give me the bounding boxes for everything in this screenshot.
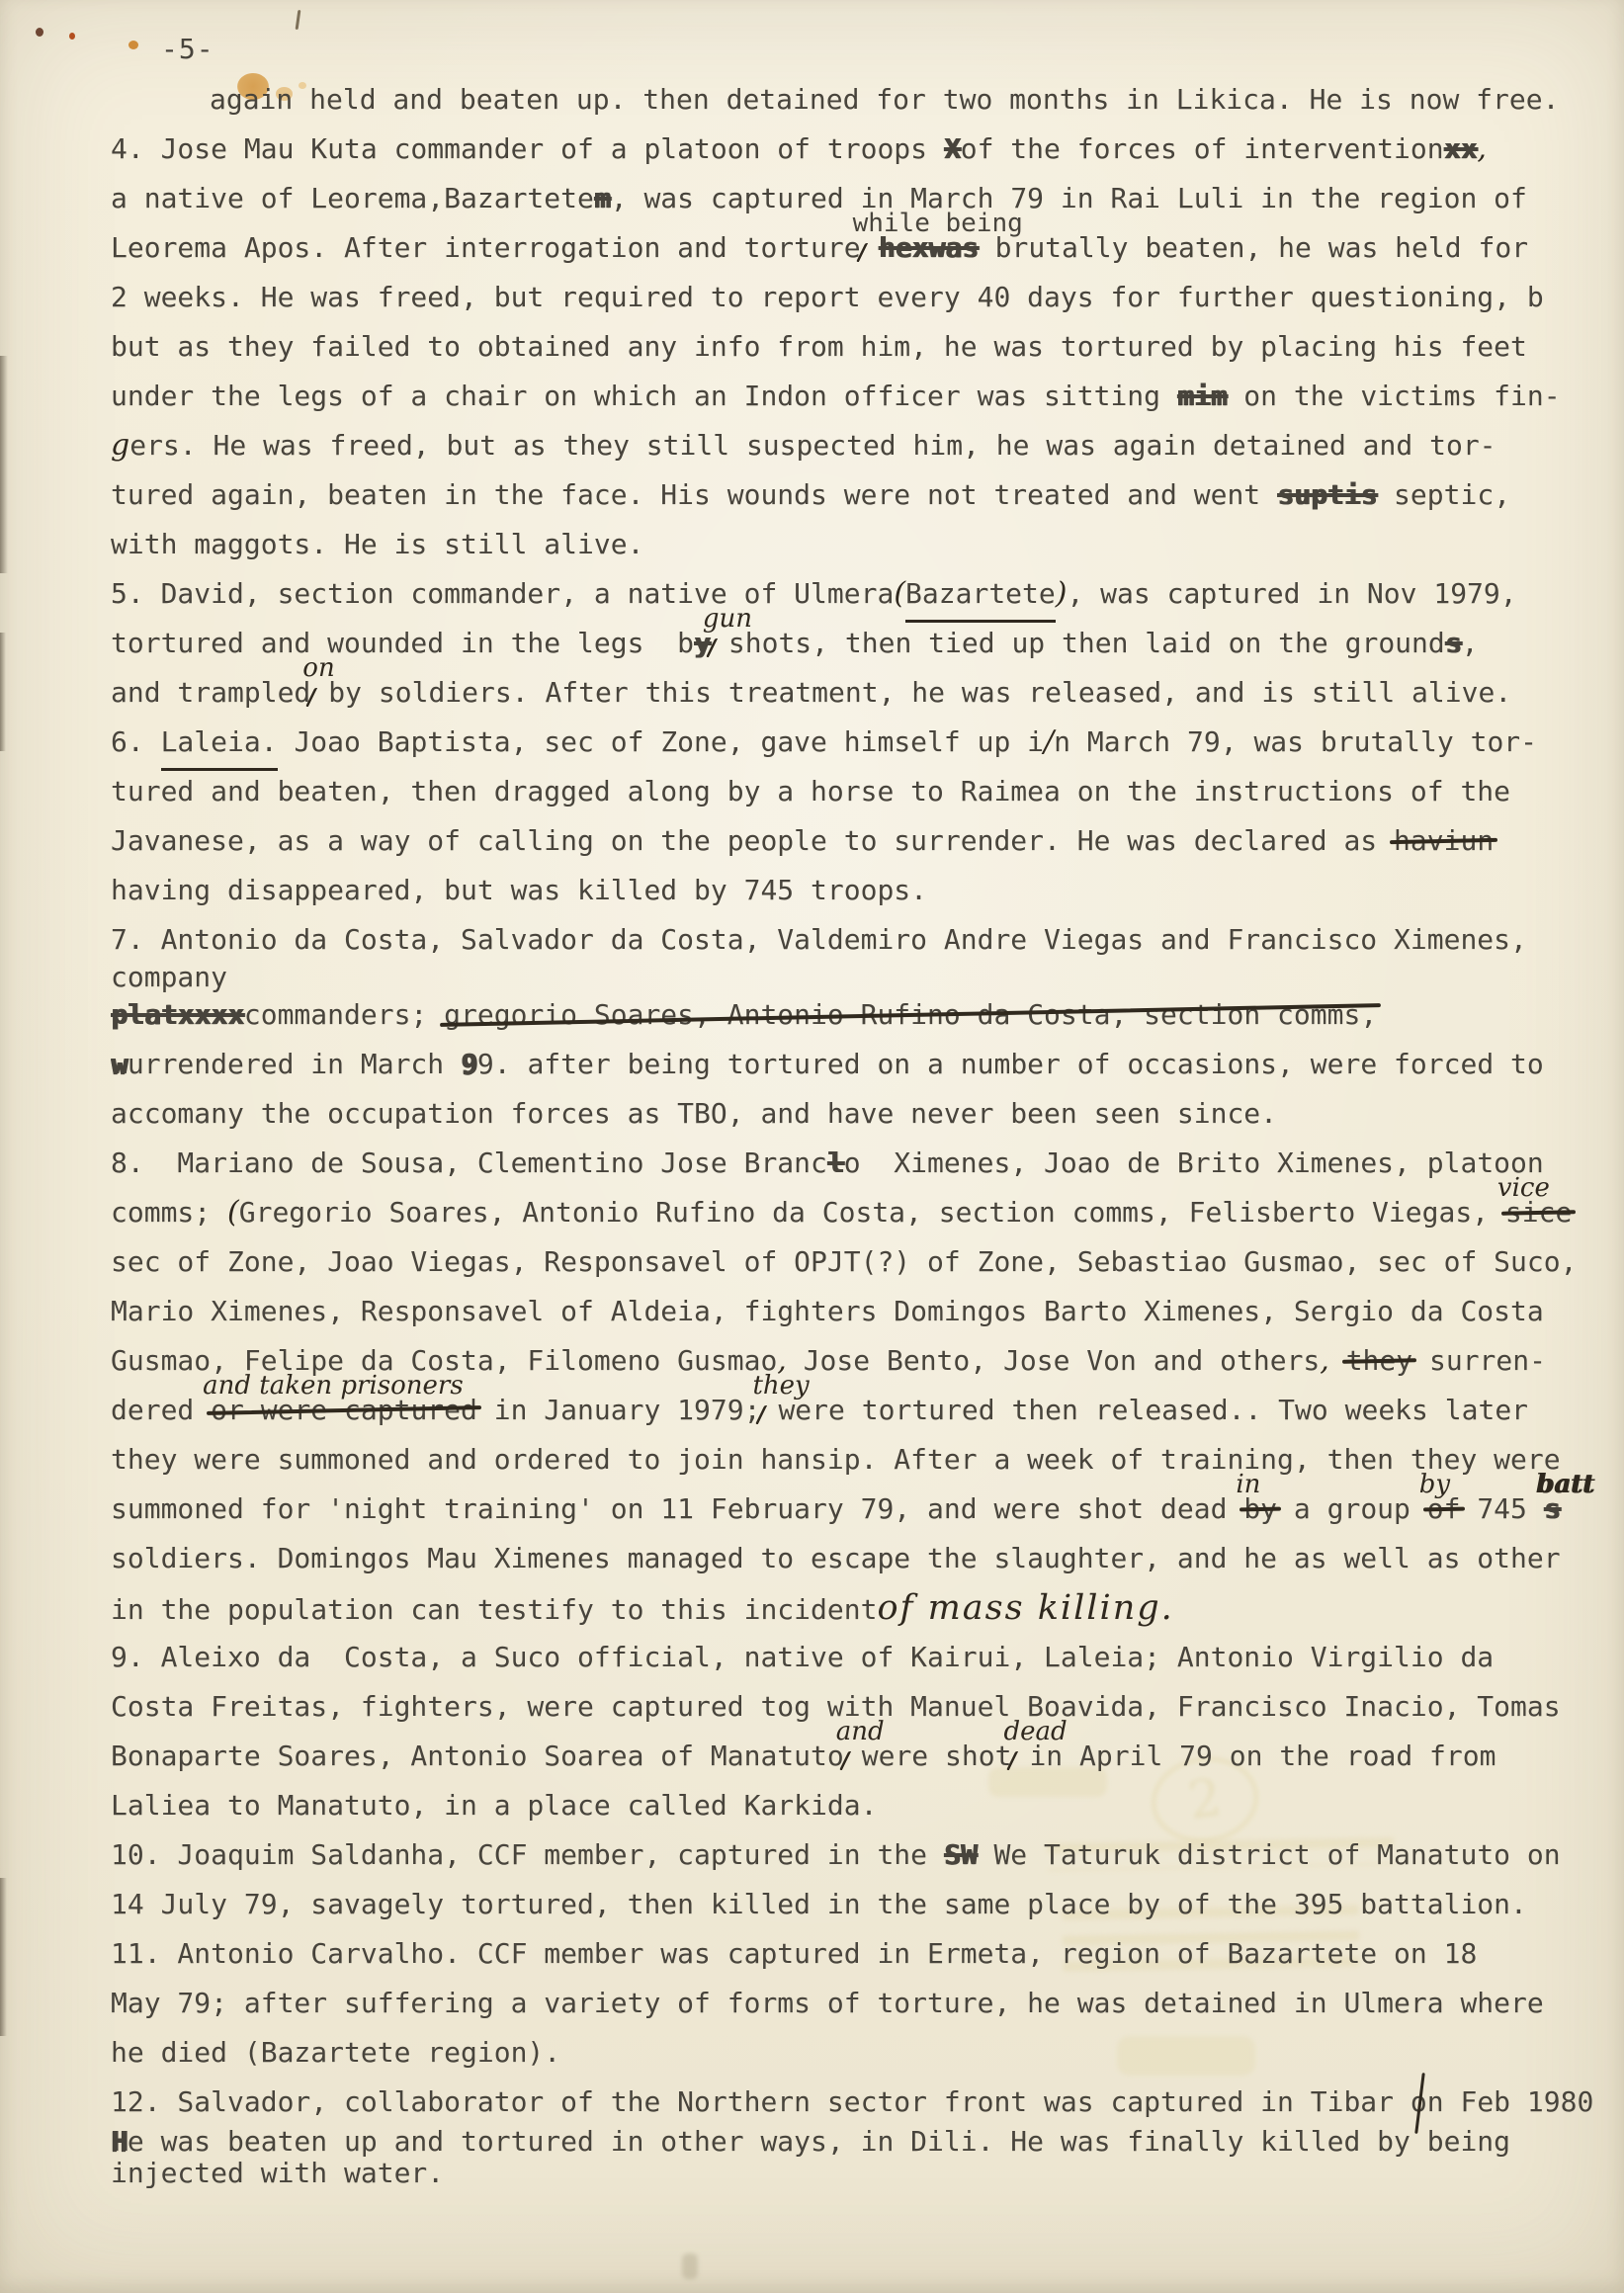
struck-text: suptis (1277, 470, 1377, 520)
inserted-text: while being (861, 223, 879, 273)
text-line: but as they failed to obtained any info … (111, 322, 1593, 372)
ink-speck (36, 28, 43, 37)
text-line: summoned for 'night training' on 11 Febr… (111, 1485, 1593, 1534)
text-line: Bonaparte Soares, Antonio Soarea of Mana… (111, 1732, 1593, 1781)
correction-above-text: vice (1497, 1175, 1550, 1201)
text-line: 2 weeks. He was freed, but required to r… (111, 273, 1593, 322)
struck-text: mim (1177, 372, 1228, 421)
text-line: with maggots. He is still alive. (111, 520, 1593, 569)
inserted-text: gun (711, 619, 728, 668)
page-edge-smudge (0, 1878, 7, 2036)
text-line: comms; (Gregorio Soares, Antonio Rufino … (111, 1188, 1593, 1237)
text-line: they were summoned and ordered to join h… (111, 1435, 1593, 1485)
struck-text: gregorio Soares, Antonio Rufino da Costa… (444, 990, 1377, 1040)
inserted-text: dead (1011, 1732, 1029, 1781)
text-line: he died (Bazartete region). (111, 2028, 1593, 2078)
caret-mark (755, 1405, 776, 1424)
text-line: platxxxxcommanders; gregorio Soares, Ant… (111, 990, 1593, 1040)
insertion-above-text: gun (703, 606, 752, 632)
text-line: tured and beaten, then dragged along by … (111, 767, 1593, 816)
ink-speck (69, 33, 75, 40)
handwritten-annotation: ) (1056, 569, 1068, 619)
caret-mark (839, 1751, 860, 1770)
page-edge-smudge (0, 633, 6, 751)
handwritten-annotation: , (1320, 1336, 1329, 1386)
text-line: 9. Aleixo da Costa, a Suco official, nat… (111, 1633, 1593, 1682)
struck-text: haviun (1394, 816, 1494, 866)
text-line: under the legs of a chair on which an In… (111, 372, 1593, 421)
text-line: sec of Zone, Joao Viegas, Responsavel of… (111, 1237, 1593, 1287)
text-line: Mario Ximenes, Responsavel of Aldeia, fi… (111, 1287, 1593, 1336)
text-line: gers. He was freed, but as they still su… (111, 421, 1593, 470)
insertion-above-text: dead (1003, 1719, 1067, 1744)
struck-text: l (827, 1139, 844, 1188)
text-line: soldiers. Domingos Mau Ximenes managed t… (111, 1534, 1593, 1583)
handwritten-annotation: of mass killing. (877, 1583, 1173, 1633)
handwritten-annotation: ( (894, 569, 905, 619)
text-line: Javanese, as a way of calling on the peo… (111, 816, 1593, 866)
scan-mark (296, 10, 301, 30)
insertion-above-text: on (302, 655, 334, 681)
caret-mark (1006, 1751, 1027, 1770)
struck-text: or were capturedand taken prisoners (211, 1386, 477, 1435)
handwritten-annotation: / (1044, 718, 1054, 767)
text-line: 12. Salvador, collaborator of the Northe… (111, 2078, 1593, 2127)
coffee-speck (128, 41, 138, 49)
caret-mark (856, 243, 877, 262)
text-line: again held and beaten up. then detained … (111, 75, 1593, 125)
text-line: May 79; after suffering a variety of for… (111, 1979, 1593, 2028)
struck-text: platxxxx (111, 990, 244, 1040)
text-line: He was beaten up and tortured in other w… (111, 2127, 1593, 2149)
text-line: Leorema Apos. After interrogation and to… (111, 223, 1593, 273)
struck-text: ofby (1427, 1485, 1461, 1534)
handwritten-annotation: g (111, 421, 129, 470)
text-line: 14 July 79, savagely tortured, then kill… (111, 1880, 1593, 1929)
page-edge-smudge (0, 356, 8, 573)
insertion-above-text: and (836, 1719, 885, 1744)
text-line: wurrendered in March 99. after being tor… (111, 1040, 1593, 1089)
struck-text: sbatt (1544, 1485, 1561, 1534)
correction-above-text: in (1236, 1472, 1260, 1497)
text-line: 4. Jose Mau Kuta commander of a platoon … (111, 125, 1593, 174)
insertion-above-text: they (752, 1373, 809, 1399)
text-line: in the population can testify to this in… (111, 1583, 1593, 1633)
inserted-text: and (844, 1732, 862, 1781)
correction-above-text: and taken prisoners (203, 1373, 464, 1399)
handwritten-annotation: , (1477, 125, 1487, 174)
text-line: having disappeared, but was killed by 74… (111, 866, 1593, 915)
scanned-typewritten-page: 2 -5- again held and beaten up. then det… (0, 0, 1624, 2293)
text-line: injected with water. (111, 2149, 1593, 2198)
correction-above-text: batt (1536, 1472, 1594, 1497)
text-line: accomany the occupation forces as TBO, a… (111, 1089, 1593, 1139)
document-lines: again held and beaten up. then detained … (111, 75, 1593, 2198)
text-line: company (111, 965, 1593, 990)
text-line: 7. Antonio da Costa, Salvador da Costa, … (111, 915, 1593, 965)
struck-text: s (1445, 619, 1462, 668)
struck-text: SW (944, 1830, 978, 1880)
text-line: tured again, beaten in the face. His wou… (111, 470, 1593, 520)
struck-text: xx (1444, 125, 1478, 174)
typed-text: Bazartete (905, 569, 1056, 623)
typed-text: w (111, 1040, 128, 1089)
typed-text: 9 (461, 1040, 477, 1089)
bleed-through-ghost (682, 2253, 698, 2279)
text-line: 10. Joaquim Saldanha, CCF member, captur… (111, 1830, 1593, 1880)
typed-text: o (1410, 2078, 1427, 2127)
caret-mark (305, 688, 326, 707)
struck-text: X (944, 125, 961, 174)
typed-text: Laleia. (161, 718, 278, 771)
text-line: 8. Mariano de Sousa, Clementino Jose Bra… (111, 1139, 1593, 1188)
text-line: Laliea to Manatuto, in a place called Ka… (111, 1781, 1593, 1830)
struck-text: hexwas (879, 223, 979, 273)
text-line: 5. David, section commander, a native of… (111, 569, 1593, 619)
text-line: 11. Antonio Carvalho. CCF member was cap… (111, 1929, 1593, 1979)
page-number: -5- (161, 30, 214, 69)
document-body: again held and beaten up. then detained … (111, 75, 1593, 2198)
correction-above-text: by (1419, 1472, 1450, 1497)
text-line: and trampledonby soldiers. After this tr… (111, 668, 1593, 718)
text-line: dered or were capturedand taken prisoner… (111, 1386, 1593, 1435)
struck-text: sicevice (1505, 1188, 1572, 1237)
struck-text: they (1346, 1336, 1412, 1386)
struck-text: m (594, 174, 611, 223)
inserted-text: on (310, 668, 328, 718)
inserted-text: they (760, 1386, 778, 1435)
struck-text: byin (1243, 1485, 1277, 1534)
text-line: 6. Laleia. Joao Baptista, sec of Zone, g… (111, 718, 1593, 767)
handwritten-annotation: ( (227, 1188, 239, 1237)
